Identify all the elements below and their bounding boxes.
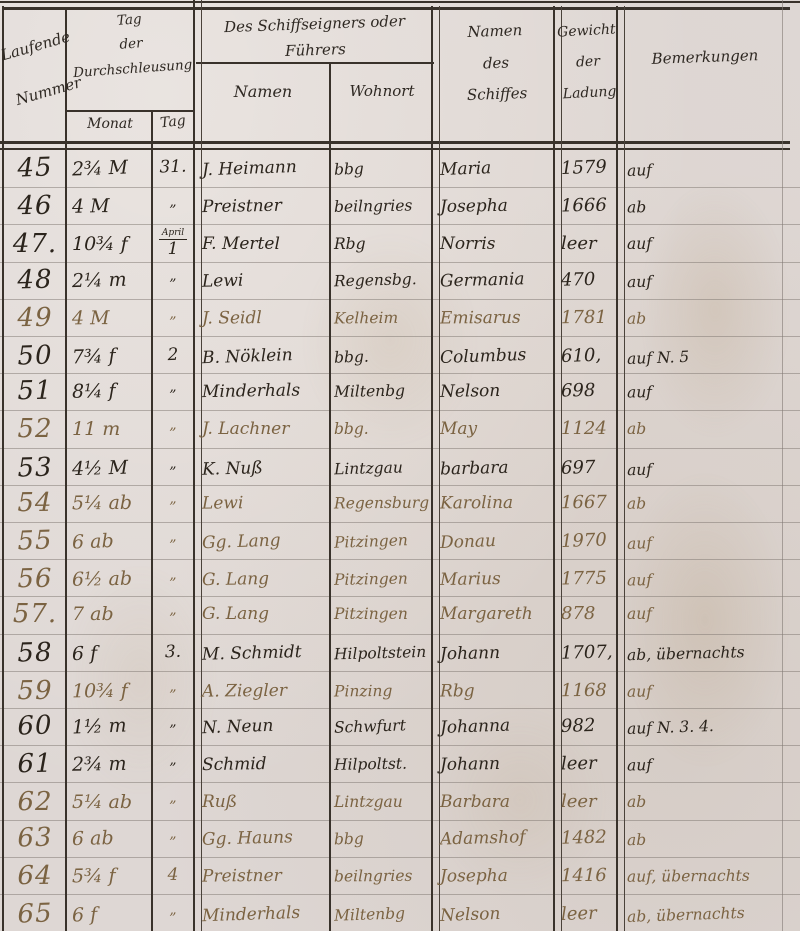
passage-day: „ — [152, 521, 193, 559]
ship-name: Johann — [440, 632, 555, 672]
remark: auf — [627, 446, 800, 487]
owner-residence: beilngries — [334, 856, 436, 894]
table-border — [0, 141, 790, 144]
passage-time: 6 f — [71, 894, 156, 931]
owner-residence: Schwfurt — [333, 705, 436, 746]
ledger-row: 636 ab„Gg. HaunsbbgAdamshof1482ab — [0, 820, 800, 857]
cargo-weight: 1482 — [560, 818, 619, 857]
ledger-row: 645¾ f4PreistnerbeilngriesJosepha1416auf… — [0, 857, 800, 894]
passage-time: 8¼ f — [72, 371, 157, 409]
owner-residence: Lintzgau — [334, 783, 436, 820]
cargo-weight: leer — [561, 783, 619, 820]
owner-name: M. Schmidt — [202, 632, 333, 672]
row-number: 63 — [5, 818, 64, 857]
passage-time: 4 M — [72, 186, 157, 224]
day-value: „ — [169, 268, 177, 282]
remark: auf — [626, 146, 799, 189]
day-value: 4 — [168, 867, 179, 884]
ship-name: Barbara — [440, 783, 554, 820]
remark: auf — [627, 371, 800, 411]
passage-time: 2¼ m — [72, 260, 157, 299]
ship-name: Johann — [440, 744, 555, 783]
passage-day: „ — [153, 560, 194, 598]
passage-time: 6 ab — [72, 818, 157, 857]
row-number: 48 — [5, 260, 64, 299]
cargo-weight: 1775 — [561, 560, 620, 598]
passage-day: „ — [153, 372, 194, 410]
owner-residence: Miltenbg — [334, 371, 437, 410]
day-value: „ — [169, 418, 176, 432]
passage-day: „ — [152, 706, 193, 744]
row-number: 51 — [6, 372, 65, 410]
row-number: 58 — [6, 633, 65, 672]
col-header-bemerkungen: Bemerkungen — [622, 43, 789, 72]
passage-day: 4 — [153, 857, 193, 894]
ledger-row: 545¼ ab„LewiRegensburgKarolina1667ab — [0, 485, 800, 522]
remark: auf — [627, 671, 799, 709]
ship-name: Adamshof — [440, 817, 555, 857]
owner-name: Lewi — [202, 259, 333, 299]
col-header-tag: Tag — [151, 110, 195, 136]
day-value: „ — [169, 902, 177, 916]
ship-name: Norris — [440, 225, 554, 262]
passage-day: „ — [152, 818, 193, 856]
ship-name: May — [440, 410, 554, 447]
owner-name: Schmid — [202, 744, 333, 783]
passage-day: April1 — [153, 225, 193, 262]
owner-residence: Kelheim — [334, 298, 436, 336]
passage-time: 2¾ m — [72, 744, 157, 782]
owner-name: A. Ziegler — [202, 671, 332, 709]
owner-name: Gg. Lang — [201, 520, 332, 562]
ledger-row: 518¼ f„MinderhalsMiltenbgNelson698auf — [0, 373, 800, 410]
ledger-row: 556 ab„Gg. LangPitzingenDonau1970auf — [0, 522, 800, 559]
ledger-row: 5910¾ f„A. ZieglerPinzingRbg1168auf — [0, 671, 800, 708]
day-value: „ — [169, 791, 176, 805]
ship-name: Rbg — [440, 671, 554, 709]
passage-day: „ — [153, 745, 194, 783]
cargo-weight: 1707, — [561, 633, 620, 672]
cargo-weight: 982 — [560, 706, 619, 745]
remark: auf N. 3. 4. — [626, 704, 799, 747]
day-value: 3. — [165, 643, 182, 660]
day-value: „ — [169, 568, 177, 582]
col-header-wohnort: Wohnort — [330, 80, 434, 103]
passage-time: 10¾ f — [72, 671, 156, 709]
day-value: „ — [169, 195, 177, 209]
owner-name: J. Heimann — [201, 147, 332, 189]
day-value: „ — [169, 826, 177, 840]
col-header-monat: Monat — [68, 114, 152, 136]
passage-time: 5¼ ab — [72, 483, 156, 521]
ship-name: Josepha — [440, 186, 555, 225]
passage-time: 10¾ f — [72, 225, 156, 262]
remark: ab, übernachts — [627, 631, 800, 672]
owner-name: Preistner — [202, 856, 332, 894]
cargo-weight: leer — [561, 225, 619, 262]
remark: auf, übernachts — [627, 856, 799, 894]
ship-name: Emisarus — [440, 298, 554, 336]
passage-day: „ — [153, 595, 193, 632]
col-header-schiffseigner: Des Schiffseigners oder Führers — [195, 8, 435, 67]
ledger-row: 507¾ f2B. Nökleinbbg.Columbus610,auf N. … — [0, 336, 800, 373]
ship-name: Nelson — [440, 371, 555, 410]
col-header-namen: Namen — [196, 80, 330, 105]
owner-residence: Pitzingen — [333, 520, 436, 561]
day-value: „ — [169, 529, 177, 543]
row-number: 64 — [6, 857, 64, 895]
ledger-row: 656 f„MinderhalsMiltenbgNelsonleerab, üb… — [0, 894, 800, 931]
ship-name: Josepha — [440, 856, 554, 894]
remark: ab, übernachts — [626, 892, 799, 931]
ledger-row: 47.10¾ fApril1F. MertelRbgNorrisleerauf — [0, 224, 800, 261]
cargo-weight: 1124 — [561, 410, 619, 447]
owner-name: Minderhals — [201, 893, 332, 931]
passage-day: „ — [153, 783, 193, 820]
row-number: 54 — [6, 484, 64, 522]
owner-residence: bbg. — [333, 335, 436, 376]
passage-day: „ — [153, 299, 193, 336]
ship-name: Marius — [440, 559, 555, 598]
table-border — [0, 1, 800, 3]
owner-name: Preistner — [202, 186, 333, 225]
cargo-weight: leer — [561, 745, 620, 783]
row-number: 65 — [5, 894, 64, 931]
day-value: 1 — [168, 241, 179, 258]
passage-time: 2¾ M — [71, 148, 156, 188]
day-value: „ — [169, 456, 177, 470]
owner-residence: Rbg — [334, 225, 436, 262]
owner-name: K. Nuß — [202, 447, 333, 487]
owner-name: G. Lang — [202, 595, 332, 632]
cargo-weight: leer — [560, 894, 619, 931]
cargo-weight: 1970 — [560, 521, 619, 560]
owner-name: N. Neun — [201, 705, 332, 747]
remark: auf — [627, 744, 800, 784]
ledger-row: 586 f3.M. SchmidtHilpoltsteinJohann1707,… — [0, 634, 800, 671]
ship-name: Karolina — [440, 483, 554, 521]
ship-name: Germania — [440, 259, 555, 299]
passage-day: „ — [153, 672, 193, 709]
remark: ab — [627, 186, 800, 226]
remark: ab — [627, 816, 800, 857]
owner-residence: Miltenbg — [333, 893, 436, 931]
cargo-weight: 1168 — [561, 672, 619, 710]
ship-name: Johanna — [439, 705, 554, 746]
passage-day: „ — [152, 894, 193, 931]
remark: auf — [627, 225, 799, 262]
col-header-durchschleusung: Tag der Durchschleusung — [66, 4, 197, 86]
passage-day: „ — [153, 187, 194, 225]
passage-day: „ — [153, 410, 193, 447]
ledger-page: Laufende Nummer Tag der Durchschleusung … — [0, 0, 800, 931]
cargo-weight: 698 — [561, 372, 620, 410]
ship-name: Columbus — [439, 335, 554, 376]
row-number: 55 — [5, 521, 64, 560]
row-number: 52 — [6, 410, 64, 447]
day-value: 31. — [159, 159, 187, 177]
col-header-schiffsname: Namen des Schiffes — [434, 14, 557, 113]
passage-time: 11 m — [72, 410, 156, 447]
remark: ab — [627, 483, 799, 521]
passage-time: 4½ M — [72, 448, 157, 487]
row-number: 56 — [6, 560, 65, 598]
owner-residence: Hilpoltstein — [334, 632, 437, 672]
ledger-row: 534½ M„K. NußLintzgaubarbara697auf — [0, 448, 800, 485]
ledger-row: 57.7 ab„G. LangPitzingenMargareth878auf — [0, 596, 800, 633]
row-number: 47. — [6, 225, 64, 262]
ledger-row: 566½ ab„G. LangPitzingenMarius1775auf — [0, 559, 800, 596]
owner-name: F. Mertel — [202, 225, 332, 262]
row-number: 62 — [6, 783, 64, 820]
passage-time: 6½ ab — [72, 559, 157, 597]
passage-time: 4 M — [72, 298, 156, 336]
owner-residence: Hilpoltst. — [334, 744, 437, 783]
owner-residence: Regensbg. — [334, 259, 437, 299]
owner-name: Minderhals — [202, 371, 333, 410]
owner-residence: Pitzingen — [334, 559, 437, 598]
ledger-row: 494 M„J. SeidlKelheimEmisarus1781ab — [0, 299, 800, 336]
owner-name: B. Nöklein — [201, 335, 332, 377]
day-value: „ — [169, 603, 176, 617]
ledger-row: 482¼ m„LewiRegensbg.Germania470auf — [0, 262, 800, 299]
owner-residence: Lintzgau — [334, 447, 437, 487]
day-value: „ — [169, 306, 176, 320]
passage-time: 1½ m — [71, 706, 156, 746]
owner-name: J. Seidl — [202, 298, 332, 336]
passage-time: 6 f — [72, 633, 157, 672]
cargo-weight: 1666 — [561, 187, 620, 225]
passage-day: 31. — [152, 148, 193, 186]
cargo-weight: 878 — [561, 595, 619, 632]
ledger-row: 625¼ ab„RußLintzgauBarbaraleerab — [0, 782, 800, 819]
passage-time: 6 ab — [71, 521, 156, 561]
cargo-weight: 1416 — [561, 857, 619, 895]
owner-residence: bbg. — [334, 410, 436, 447]
ship-name: Margareth — [440, 595, 554, 632]
remark: auf — [626, 519, 799, 562]
remark: ab — [627, 298, 799, 336]
ledger-row: 612¾ m„SchmidHilpoltst.Johannleerauf — [0, 745, 800, 782]
day-value: „ — [169, 714, 177, 728]
ship-name: Donau — [439, 520, 554, 561]
ship-name: barbara — [440, 447, 555, 487]
col-header-ladung: Gewicht der Ladung — [554, 14, 623, 110]
ledger-row: 452¾ M31.J. HeimannbbgMaria1579auf — [0, 150, 800, 187]
passage-day: „ — [153, 448, 194, 486]
row-number: 46 — [6, 187, 65, 225]
passage-time: 5¾ f — [72, 856, 156, 894]
cargo-weight: 697 — [561, 448, 620, 487]
row-number: 49 — [6, 299, 64, 337]
passage-day: 3. — [153, 633, 194, 671]
row-number: 59 — [6, 672, 64, 710]
owner-residence: Pinzing — [334, 671, 436, 709]
row-number: 53 — [6, 448, 65, 487]
ship-name: Maria — [439, 147, 554, 188]
passage-time: 7 ab — [72, 595, 156, 632]
ledger-row: 601½ m„N. NeunSchwfurtJohanna982auf N. 3… — [0, 708, 800, 745]
row-number: 60 — [5, 706, 64, 745]
cargo-weight: 610, — [560, 336, 619, 375]
owner-name: G. Lang — [202, 559, 333, 598]
day-value: 2 — [167, 347, 178, 364]
passage-day: „ — [152, 260, 193, 298]
day-value: „ — [169, 380, 177, 394]
remark: ab — [627, 410, 799, 447]
passage-time: 7¾ f — [71, 336, 156, 376]
remark: auf — [627, 258, 800, 299]
owner-residence: Regensburg — [334, 483, 436, 521]
ship-name: Nelson — [439, 893, 554, 931]
cargo-weight: 1781 — [561, 299, 619, 337]
owner-residence: Pitzingen — [334, 595, 436, 632]
owner-residence: bbg — [333, 147, 436, 188]
owner-name: Ruß — [202, 783, 332, 820]
day-value: „ — [169, 491, 176, 505]
row-number: 45 — [5, 148, 64, 187]
owner-name: Gg. Hauns — [202, 817, 333, 857]
ledger-row: 5211 m„J. Lachnerbbg.May1124ab — [0, 410, 800, 447]
cargo-weight: 470 — [560, 260, 619, 299]
remark: ab — [627, 783, 799, 820]
day-value: „ — [169, 753, 177, 767]
passage-day: „ — [153, 484, 193, 521]
remark: auf — [627, 595, 799, 632]
cargo-weight: 1667 — [561, 484, 619, 522]
owner-residence: beilngries — [334, 186, 437, 225]
owner-name: J. Lachner — [202, 410, 332, 447]
cargo-weight: 1579 — [560, 148, 619, 187]
owner-name: Lewi — [202, 483, 332, 521]
row-number: 50 — [5, 336, 64, 375]
passage-day: 2 — [152, 336, 193, 374]
remark: auf — [627, 559, 800, 599]
row-number: 61 — [6, 745, 65, 783]
ledger-row: 464 M„PreistnerbeilngriesJosepha1666ab — [0, 187, 800, 224]
owner-residence: bbg — [334, 817, 437, 857]
day-value: „ — [169, 679, 176, 693]
row-number: 57. — [6, 595, 64, 632]
passage-time: 5¼ ab — [72, 783, 156, 820]
